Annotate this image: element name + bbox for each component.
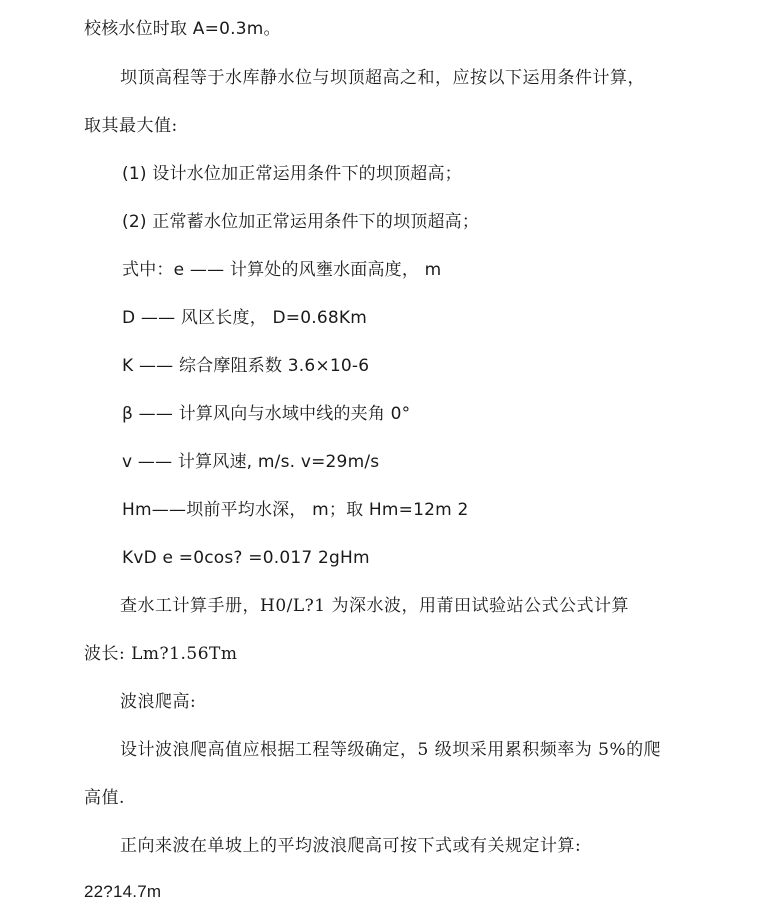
- paragraph-check-water-level: 校核水位时取 A=0.3m。: [84, 17, 281, 41]
- list-item-condition-2: (2) 正常蓄水位加正常运用条件下的坝顶超高；: [122, 210, 479, 234]
- paragraph-average-runup: 正向来波在单坡上的平均波浪爬高可按下式或有关规定计算:: [120, 834, 581, 858]
- paragraph-take-max-value: 取其最大值:: [84, 114, 178, 138]
- heading-wave-runup: 波浪爬高:: [120, 690, 196, 714]
- paragraph-runup-continued: 高值.: [84, 786, 125, 810]
- paragraph-deep-water-wave: 查水工计算手册，H0/L?1 为深水波，用莆田试验站公式公式计算: [120, 594, 629, 618]
- paragraph-design-runup: 设计波浪爬高值应根据工程等级确定，5 级坝采用累积频率为 5%的爬: [120, 738, 661, 762]
- paragraph-dam-crest-elevation: 坝顶高程等于水库静水位与坝顶超高之和，应按以下运用条件计算，: [120, 66, 645, 90]
- formula-wavelength: 波长: Lm?1.56Tm: [84, 642, 237, 666]
- formula-wind-setup: KvD e =0cos? =0.017 2gHm: [122, 546, 370, 570]
- definition-e: 式中：e —— 计算处的风壅水面高度， m: [122, 258, 441, 282]
- definition-d: D —— 风区长度， D=0.68Km: [122, 306, 367, 330]
- definition-hm: Hm——坝前平均水深， m；取 Hm=12m 2: [122, 498, 469, 522]
- formula-result: 22?14.7m: [84, 880, 161, 904]
- definition-v: v —— 计算风速, m/s. v=29m/s: [122, 450, 379, 474]
- definition-k: K —— 综合摩阻系数 3.6×10-6: [122, 354, 369, 378]
- definition-beta: β —— 计算风向与水域中线的夹角 0°: [122, 402, 410, 426]
- list-item-condition-1: (1) 设计水位加正常运用条件下的坝顶超高；: [122, 162, 462, 186]
